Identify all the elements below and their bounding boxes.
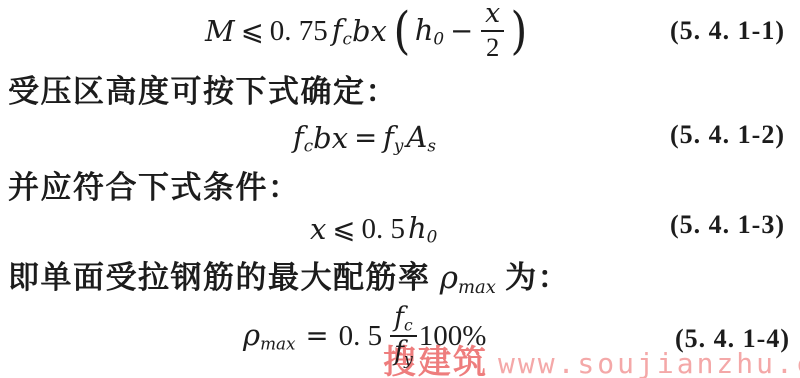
var-x: x	[310, 212, 326, 246]
fraction-x-over-2: x 2	[481, 0, 504, 62]
var-h0: h0	[408, 211, 437, 247]
equals-operator: =	[296, 320, 339, 352]
coefficient: 0. 5	[339, 320, 383, 353]
equation-label-4: (5. 4. 1-4)	[675, 324, 790, 354]
body-text-compression-zone: 受压区高度可按下式确定：	[8, 66, 398, 111]
var-rho-max: ρmax	[243, 318, 296, 354]
formula-5-4-1-2: fc bx = fy As	[293, 116, 436, 160]
var-fc: fc	[332, 13, 352, 49]
formula-5-4-1-4: ρmax = 0. 5 fc fy 100%	[243, 300, 486, 372]
leq-operator: ⩽	[235, 15, 270, 47]
formula-5-4-1-3: x ⩽ 0. 5 h0	[310, 208, 437, 250]
body-text-conditions: 并应符合下式条件：	[8, 162, 301, 207]
var-h0: h0	[415, 13, 444, 49]
equation-label-3: (5. 4. 1-3)	[670, 210, 785, 240]
fraction-denominator: 2	[482, 32, 503, 62]
var-rho-max: ρmax	[440, 260, 496, 296]
minus-operator: −	[444, 15, 479, 47]
var-M: M	[205, 14, 235, 48]
equals-operator: =	[348, 122, 383, 154]
value: 0. 5	[361, 213, 405, 246]
fraction-numerator: fc	[390, 304, 417, 337]
percent-value: 100%	[419, 320, 487, 353]
body-text-max-ratio: 即单面受拉钢筋的最大配筋率 ρmax 为：	[8, 252, 570, 298]
left-paren: (	[393, 8, 410, 54]
var-fy: fy	[383, 120, 403, 156]
var-bx: bx	[313, 121, 348, 155]
var-fc: fc	[293, 120, 313, 156]
fraction-numerator: x	[481, 0, 504, 32]
equation-label-1: (5. 4. 1-1)	[670, 16, 785, 46]
fraction-fc-over-fy: fc fy	[390, 304, 417, 368]
var-As: As	[406, 120, 436, 156]
right-paren: )	[511, 8, 528, 54]
fraction-denominator: fy	[390, 337, 417, 368]
leq-operator: ⩽	[326, 213, 361, 245]
equation-label-2: (5. 4. 1-2)	[670, 120, 785, 150]
var-bx: bx	[352, 14, 387, 48]
prose-prefix: 即单面受拉钢筋的最大配筋率	[8, 260, 440, 295]
coefficient: 0. 75	[270, 15, 328, 48]
formula-5-4-1-1: M ⩽ 0. 75 fc bx ( h0 − x 2 )	[205, 2, 529, 60]
prose-suffix: 为：	[496, 260, 570, 295]
